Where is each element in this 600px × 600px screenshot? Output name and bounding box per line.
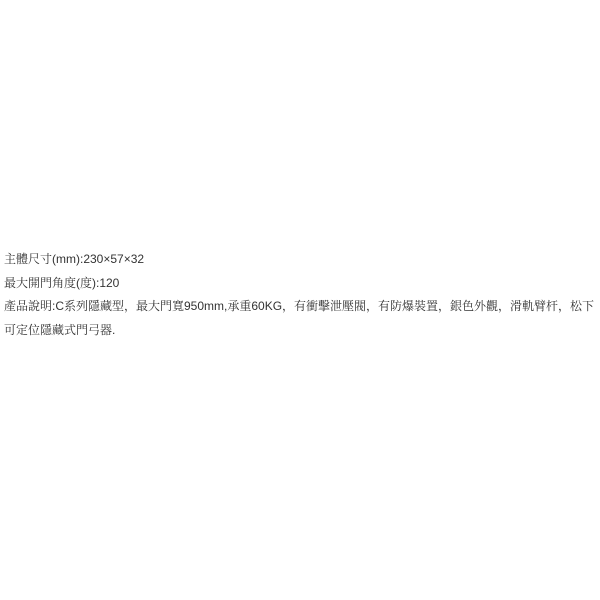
spec-line-product-description: 產品說明:C系列隱藏型，最大門寬950mm,承重60KG，有衝擊泄壓閥，有防爆裝… bbox=[4, 295, 596, 342]
product-spec-section: 主體尺寸(mm):230×57×32 最大開門角度(度):120 產品說明:C系… bbox=[4, 248, 596, 342]
product-spec-page: 主體尺寸(mm):230×57×32 最大開門角度(度):120 產品說明:C系… bbox=[0, 0, 600, 600]
spec-line-max-opening-angle: 最大開門角度(度):120 bbox=[4, 272, 596, 296]
spec-line-body-dimensions: 主體尺寸(mm):230×57×32 bbox=[4, 248, 596, 272]
